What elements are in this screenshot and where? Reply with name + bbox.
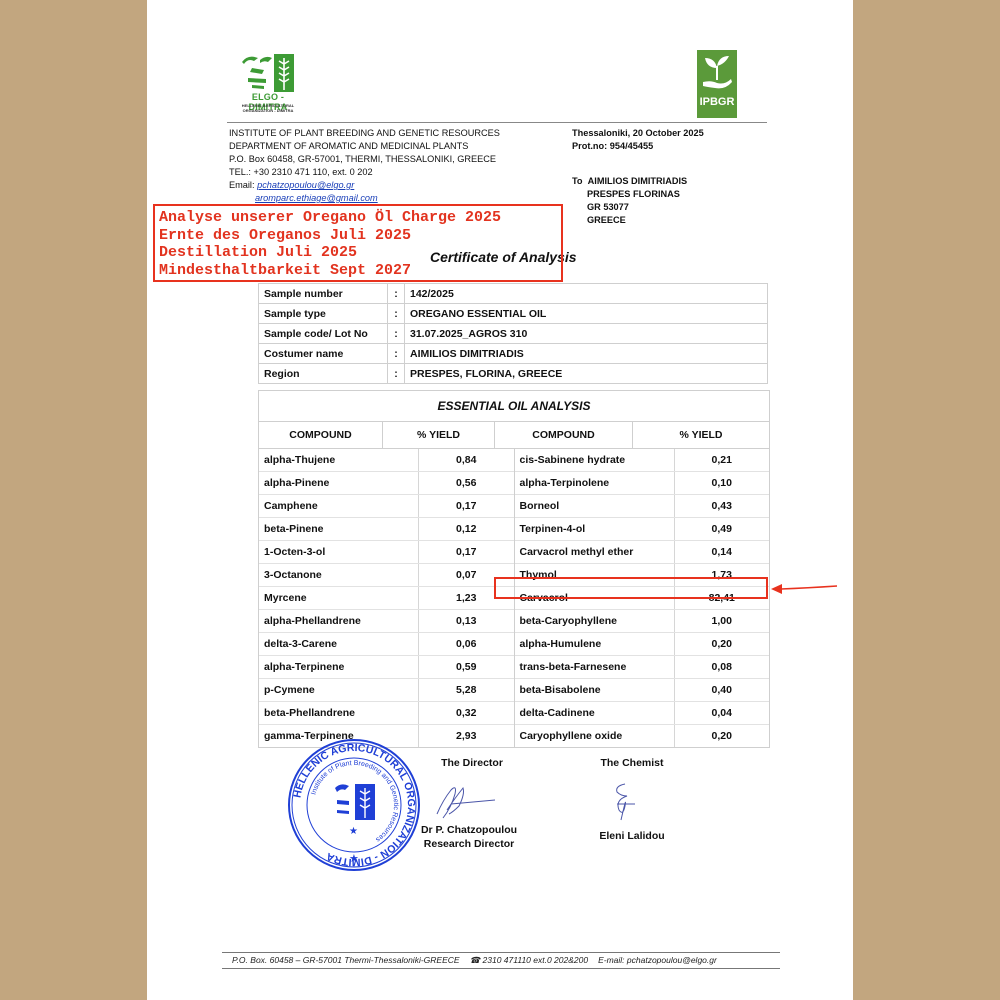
recipient-line: GREECE <box>572 214 687 227</box>
compound-yield: 0,59 <box>419 661 514 673</box>
compound-yield: 0,20 <box>675 730 770 742</box>
recipient-name: AIMILIOS DIMITRIADIS <box>588 176 688 186</box>
footer-phone: 2310 471110 ext.0 202&200 <box>483 955 589 965</box>
date-block: Thessaloniki, 20 October 2025 Prot.no: 9… <box>572 127 704 153</box>
compound-yield: 0,40 <box>675 684 770 696</box>
info-label: Region <box>259 364 388 384</box>
director-signature <box>429 780 499 824</box>
info-value: 142/2025 <box>405 284 768 304</box>
table-row: Region : PRESPES, FLORINA, GREECE <box>259 364 768 384</box>
info-separator: : <box>388 344 405 364</box>
certificate-page: ELGO - DIMITRA HELLENIC AGRICULTURAL ORG… <box>147 0 853 1000</box>
table-row: beta-Pinene0,12 <box>259 518 514 541</box>
compound-name: Caryophyllene oxide <box>515 725 675 747</box>
department-name: DEPARTMENT OF AROMATIC AND MEDICINAL PLA… <box>229 140 500 153</box>
compound-yield: 0,43 <box>675 500 770 512</box>
table-row: Borneol0,43 <box>515 495 770 518</box>
recipient-block: To AIMILIOS DIMITRIADIS PRESPES FLORINAS… <box>572 175 687 227</box>
ipbgr-logo: IPBGR <box>697 50 737 118</box>
table-row: Sample type : OREGANO ESSENTIAL OIL <box>259 304 768 324</box>
to-label: To <box>572 176 583 186</box>
compound-yield: 0,13 <box>419 615 514 627</box>
compound-name: alpha-Thujene <box>259 449 419 471</box>
info-label: Sample type <box>259 304 388 324</box>
table-row: Caryophyllene oxide0,20 <box>515 725 770 747</box>
info-label: Sample code/ Lot No <box>259 324 388 344</box>
info-separator: : <box>388 364 405 384</box>
compound-name: Terpinen-4-ol <box>515 518 675 540</box>
compound-name: Carvacrol methyl ether <box>515 541 675 563</box>
compound-yield: 0,12 <box>419 523 514 535</box>
table-row: alpha-Terpinene0,59 <box>259 656 514 679</box>
email-label: Email: <box>229 180 257 190</box>
director-name: Dr P. Chatzopoulou <box>409 823 529 837</box>
compound-yield: 0,04 <box>675 707 770 719</box>
compound-yield: 0,10 <box>675 477 770 489</box>
compound-name: alpha-Phellandrene <box>259 610 419 632</box>
compound-yield: 0,06 <box>419 638 514 650</box>
compound-yield: 0,14 <box>675 546 770 558</box>
official-stamp-icon: HELLENIC AGRICULTURAL ORGANIZATION - DIM… <box>287 738 421 872</box>
column-header-compound: COMPOUND <box>495 422 633 448</box>
footer-address: P.O. Box. 60458 – GR-57001 Thermi-Thessa… <box>232 955 460 965</box>
info-separator: : <box>388 324 405 344</box>
table-row: beta-Phellandrene0,32 <box>259 702 514 725</box>
elgo-face-wheat-icon <box>238 52 298 92</box>
annotation-line: Destillation Juli 2025 <box>159 244 501 262</box>
table-row: beta-Bisabolene0,40 <box>515 679 770 702</box>
header-divider <box>227 122 767 123</box>
institute-address: P.O. Box 60458, GR-57001, THERMI, THESSA… <box>229 153 500 166</box>
footer-divider-bottom <box>222 968 780 969</box>
footer-divider-top <box>222 952 780 953</box>
table-row: Costumer name : AIMILIOS DIMITRIADIS <box>259 344 768 364</box>
compound-yield: 0,08 <box>675 661 770 673</box>
column-header-yield: % YIELD <box>633 422 769 448</box>
compound-yield: 0,20 <box>675 638 770 650</box>
chemist-name: Eleni Lalidou <box>577 830 687 842</box>
column-header-compound: COMPOUND <box>259 422 383 448</box>
info-separator: : <box>388 284 405 304</box>
compound-name: 1-Octen-3-ol <box>259 541 419 563</box>
table-row: alpha-Phellandrene0,13 <box>259 610 514 633</box>
email-link-secondary[interactable]: aromparc.ethiage@gmail.com <box>255 193 378 203</box>
compound-name: 3-Octanone <box>259 564 419 586</box>
table-row: p-Cymene5,28 <box>259 679 514 702</box>
director-role: Research Director <box>409 837 529 851</box>
table-row: delta-3-Carene0,06 <box>259 633 514 656</box>
svg-text:★: ★ <box>349 853 359 865</box>
plant-in-hand-icon <box>697 50 737 94</box>
elgo-logo-subtitle: HELLENIC AGRICULTURAL ORGANIZATION - DIM… <box>232 103 304 113</box>
compound-name: beta-Phellandrene <box>259 702 419 724</box>
table-row: alpha-Humulene0,20 <box>515 633 770 656</box>
chemist-title: The Chemist <box>577 757 687 769</box>
institute-name: INSTITUTE OF PLANT BREEDING AND GENETIC … <box>229 127 500 140</box>
table-row: cis-Sabinene hydrate0,21 <box>515 449 770 472</box>
table-row: alpha-Thujene0,84 <box>259 449 514 472</box>
info-value: 31.07.2025_AGROS 310 <box>405 324 768 344</box>
recipient-line: GR 53077 <box>572 201 687 214</box>
table-row: 3-Octanone0,07 <box>259 564 514 587</box>
arrow-left-icon <box>767 578 841 598</box>
compound-yield: 2,93 <box>419 730 514 742</box>
info-value: AIMILIOS DIMITRIADIS <box>405 344 768 364</box>
compound-yield: 1,00 <box>675 615 770 627</box>
table-row: delta-Cadinene0,04 <box>515 702 770 725</box>
compound-yield: 0,17 <box>419 546 514 558</box>
annotation-line: Analyse unserer Oregano Öl Charge 2025 <box>159 209 501 227</box>
table-row: alpha-Pinene0,56 <box>259 472 514 495</box>
sample-info-table: Sample number : 142/2025 Sample type : O… <box>258 283 768 384</box>
compound-name: Borneol <box>515 495 675 517</box>
carvacrol-highlight-box <box>494 577 768 599</box>
footer: P.O. Box. 60458 – GR-57001 Thermi-Thessa… <box>232 955 717 966</box>
compound-name: delta-3-Carene <box>259 633 419 655</box>
essential-oil-analysis-table: ESSENTIAL OIL ANALYSIS COMPOUND % YIELD … <box>258 390 770 748</box>
institute-address-block: INSTITUTE OF PLANT BREEDING AND GENETIC … <box>229 127 500 205</box>
table-row: alpha-Terpinolene0,10 <box>515 472 770 495</box>
annotation-text: Analyse unserer Oregano Öl Charge 2025Er… <box>159 209 501 279</box>
table-row: beta-Caryophyllene1,00 <box>515 610 770 633</box>
info-label: Costumer name <box>259 344 388 364</box>
compound-name: Camphene <box>259 495 419 517</box>
analysis-title: ESSENTIAL OIL ANALYSIS <box>259 391 769 422</box>
institute-phone: TEL.: +30 2310 471 110, ext. 0 202 <box>229 166 500 179</box>
compound-name: beta-Pinene <box>259 518 419 540</box>
table-row: Carvacrol methyl ether0,14 <box>515 541 770 564</box>
annotation-box: Analyse unserer Oregano Öl Charge 2025Er… <box>153 204 563 282</box>
director-name-block: Dr P. Chatzopoulou Research Director <box>409 823 529 851</box>
annotation-line: Mindesthaltbarkeit Sept 2027 <box>159 262 501 280</box>
table-row: trans-beta-Farnesene0,08 <box>515 656 770 679</box>
table-row: Terpinen-4-ol0,49 <box>515 518 770 541</box>
recipient-line: PRESPES FLORINAS <box>572 188 687 201</box>
compound-yield: 0,17 <box>419 500 514 512</box>
telephone-icon: ☎ <box>470 955 481 965</box>
compound-yield: 0,21 <box>675 454 770 466</box>
compound-name: beta-Caryophyllene <box>515 610 675 632</box>
compound-yield: 0,84 <box>419 454 514 466</box>
compound-name: alpha-Humulene <box>515 633 675 655</box>
compound-name: alpha-Terpinene <box>259 656 419 678</box>
compound-yield: 0,56 <box>419 477 514 489</box>
elgo-dimitra-logo: ELGO - DIMITRA HELLENIC AGRICULTURAL ORG… <box>232 52 304 118</box>
table-row: 1-Octen-3-ol0,17 <box>259 541 514 564</box>
analysis-header-row: COMPOUND % YIELD COMPOUND % YIELD <box>259 422 769 449</box>
svg-text:★: ★ <box>349 826 358 837</box>
compound-yield: 0,32 <box>419 707 514 719</box>
compound-yield: 5,28 <box>419 684 514 696</box>
table-row: Sample code/ Lot No : 31.07.2025_AGROS 3… <box>259 324 768 344</box>
document-date: Thessaloniki, 20 October 2025 <box>572 127 704 140</box>
info-value: OREGANO ESSENTIAL OIL <box>405 304 768 324</box>
compound-name: cis-Sabinene hydrate <box>515 449 675 471</box>
ipbgr-logo-name: IPBGR <box>697 96 737 108</box>
table-row: Myrcene1,23 <box>259 587 514 610</box>
compound-name: trans-beta-Farnesene <box>515 656 675 678</box>
compound-yield: 0,49 <box>675 523 770 535</box>
info-value: PRESPES, FLORINA, GREECE <box>405 364 768 384</box>
info-separator: : <box>388 304 405 324</box>
compound-name: beta-Bisabolene <box>515 679 675 701</box>
protocol-number: Prot.no: 954/45455 <box>572 140 704 153</box>
director-title: The Director <box>417 757 527 769</box>
info-label: Sample number <box>259 284 388 304</box>
annotation-line: Ernte des Oreganos Juli 2025 <box>159 227 501 245</box>
compound-name: delta-Cadinene <box>515 702 675 724</box>
column-header-yield: % YIELD <box>383 422 495 448</box>
email-link-primary[interactable]: pchatzopoulou@elgo.gr <box>257 180 354 190</box>
compound-name: p-Cymene <box>259 679 419 701</box>
chemist-signature <box>605 780 645 824</box>
footer-email[interactable]: E-mail: pchatzopoulou@elgo.gr <box>598 955 717 965</box>
analysis-left-column: alpha-Thujene0,84alpha-Pinene0,56Camphen… <box>259 449 514 747</box>
table-row: Sample number : 142/2025 <box>259 284 768 304</box>
compound-name: alpha-Pinene <box>259 472 419 494</box>
compound-name: Myrcene <box>259 587 419 609</box>
table-row: Camphene0,17 <box>259 495 514 518</box>
compound-name: alpha-Terpinolene <box>515 472 675 494</box>
